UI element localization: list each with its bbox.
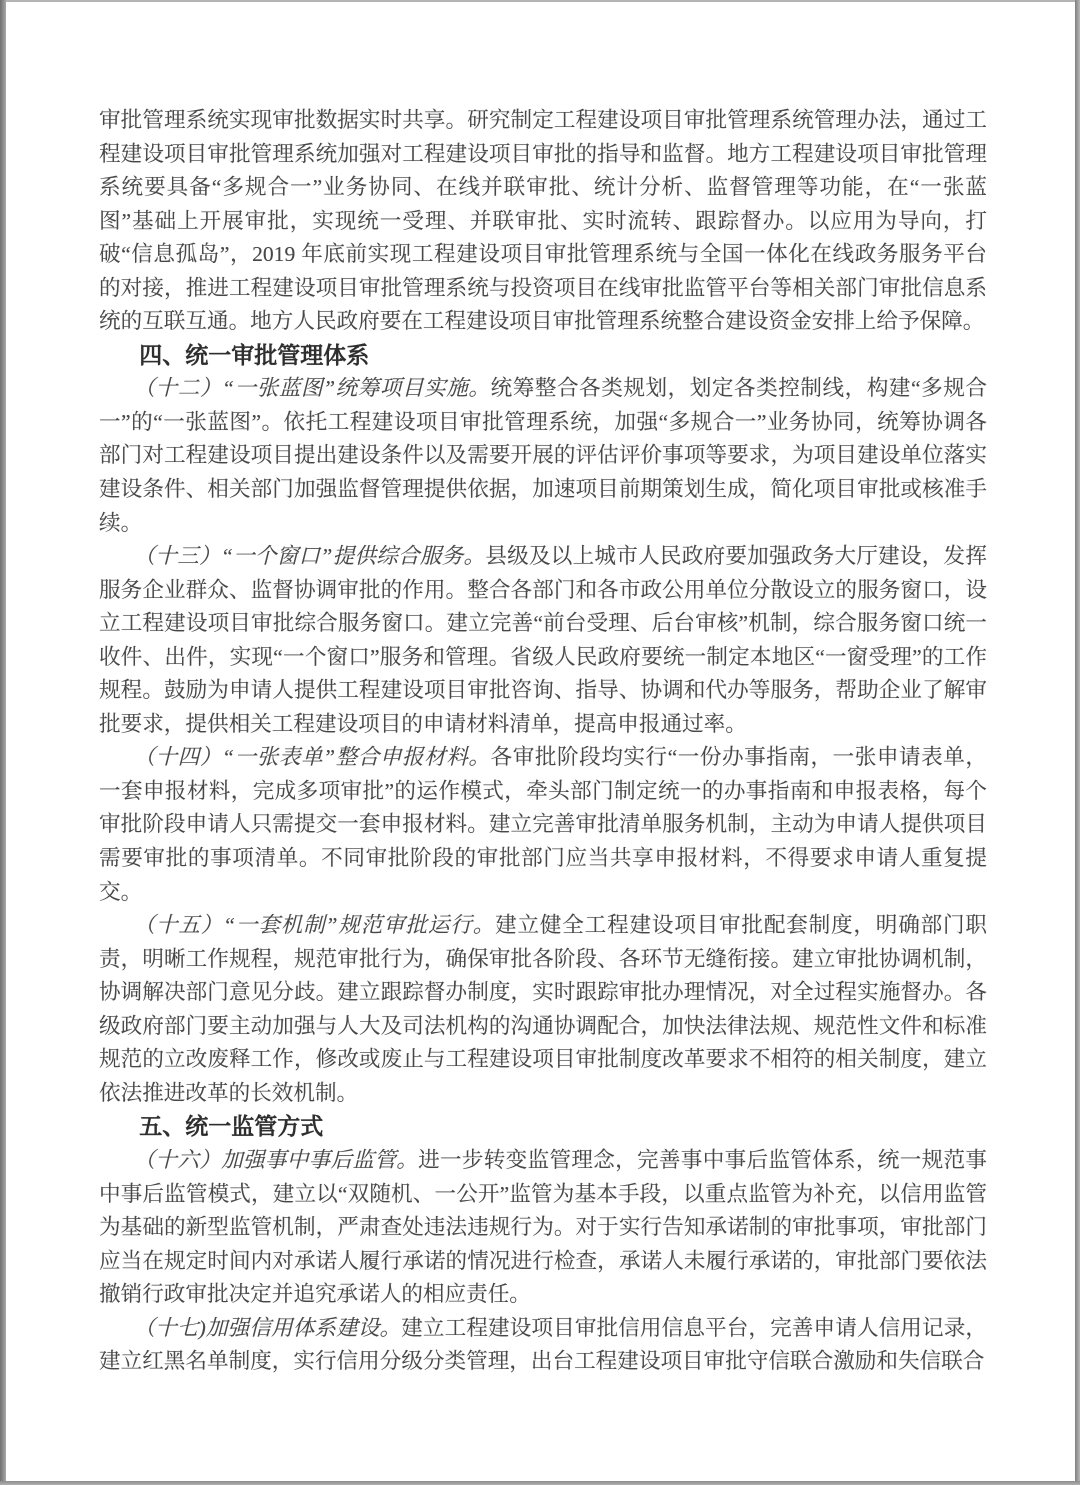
window-right-edge [1075,0,1080,1485]
item-lead-text: （十五）“一套机制”规范审批运行。 [134,913,496,937]
item-lead-text: （十二）“一张蓝图”统筹项目实施。 [134,376,491,400]
document-text-flow: 审批管理系统实现审批数据实时共享。研究制定工程建设项目审批管理系统管理办法，通过… [99,104,987,1379]
document-page: 审批管理系统实现审批数据实时共享。研究制定工程建设项目审批管理系统管理办法，通过… [6,2,1075,1481]
paragraph: 审批管理系统实现审批数据实时共享。研究制定工程建设项目审批管理系统管理办法，通过… [99,104,987,339]
body-text: 建立健全工程建设项目审批配套制度，明确部门职责，明晰工作规程，规范审批行为，确保… [99,913,987,1105]
body-text: 县级及以上城市人民政府要加强政务大厅建设，发挥服务企业群众、监督协调审批的作用。… [99,544,987,736]
section-heading: 五、统一监管方式 [99,1110,987,1144]
paragraph: （十四）“一张表单”整合申报材料。各审批阶段均实行“一份办事指南，一张申请表单，… [99,741,987,909]
paragraph: （十五）“一套机制”规范审批运行。建立健全工程建设项目审批配套制度，明确部门职责… [99,909,987,1110]
paragraph: （十二）“一张蓝图”统筹项目实施。统筹整合各类规划，划定各类控制线，构建“多规合… [99,372,987,540]
item-lead-text: （十四）“一张表单”整合申报材料。 [134,745,491,769]
body-text: 审批管理系统实现审批数据实时共享。研究制定工程建设项目审批管理系统管理办法，通过… [99,108,987,333]
paragraph: （十七)加强信用体系建设。建立工程建设项目审批信用信息平台，完善申请人信用记录，… [99,1312,987,1379]
window-bottom-edge [0,1481,1080,1485]
paragraph: （十六）加强事中事后监管。进一步转变监管理念，完善事中事后监管体系，统一规范事中… [99,1144,987,1312]
item-lead-text: （十六）加强事中事后监管。 [134,1148,419,1172]
item-lead-text: （十三）“一个窗口”提供综合服务。 [134,544,486,568]
section-heading: 四、统一审批管理体系 [99,339,987,373]
paragraph: （十三）“一个窗口”提供综合服务。县级及以上城市人民政府要加强政务大厅建设，发挥… [99,540,987,741]
item-lead-text: （十七)加强信用体系建设。 [134,1316,402,1340]
